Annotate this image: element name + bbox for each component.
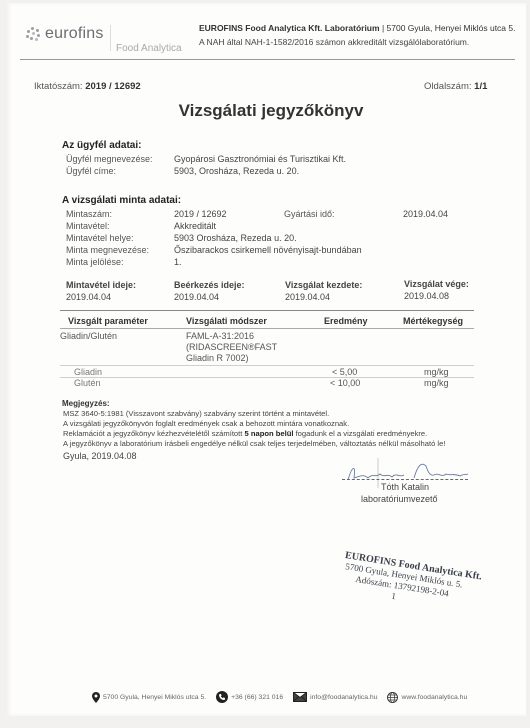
sample-marking-value: 1. <box>174 257 182 267</box>
sampling-value: Akkreditált <box>174 221 216 231</box>
client-address-value: 5903, Orosháza, Rezeda u. 20. <box>174 166 299 176</box>
table-header-rule <box>60 328 474 329</box>
footer-phone-text[interactable]: +36 (66) 321 016 <box>231 694 283 701</box>
signer-role: laboratóriumvezető <box>361 494 438 504</box>
note-complaint-before: Reklamációt a jegyzőkönyv kézhezvételétő… <box>63 429 245 438</box>
note-line-2: A vizsgálati jegyzőkönyvön foglalt eredm… <box>63 419 349 428</box>
production-time-label: Gyártási idő: <box>284 209 335 219</box>
lab-heading: EUROFINS Food Analytica Kft. Laboratóriu… <box>199 23 516 33</box>
col-header-parameter: Vizsgált paraméter <box>68 316 148 326</box>
test-end-label: Vizsgálat vége: <box>404 279 469 289</box>
page-value: 1/1 <box>474 81 487 92</box>
sampling-date-label: Mintavétel ideje: <box>66 280 136 290</box>
lab-address: | 5700 Gyula, Henyei Miklós utca 5. <box>382 23 516 33</box>
method-line-3: Gliadin R 7002) <box>186 353 249 363</box>
footer-contacts: 5700 Gyula, Henyei Miklós utca 5. +36 (6… <box>92 691 477 703</box>
note-complaint: Reklamációt a jegyzőkönyv kézhezvételétő… <box>63 429 427 438</box>
note-line-1: MSZ 3640-5:1981 (Visszavont szabvány) sz… <box>63 409 329 418</box>
table-top-rule <box>60 310 474 311</box>
accreditation-text: A NAH által NAH-1-1582/2016 számon akkre… <box>199 37 469 47</box>
page-label: Oldalszám: <box>424 81 472 92</box>
sampling-place-label: Mintavétel helye: <box>66 233 134 243</box>
sample-number-value: 2019 / 12692 <box>174 209 227 219</box>
client-name-value: Gyopárosi Gasztronómiai és Turisztikai K… <box>174 154 346 164</box>
sample-name-label: Minta megnevezése: <box>66 245 149 255</box>
registry-number: Iktatószám: 2019 / 12692 <box>34 81 141 92</box>
arrival-date-label: Beérkezés ideje: <box>174 280 245 290</box>
footer-email-text[interactable]: info@foodanalytica.hu <box>310 694 377 701</box>
sampling-label: Mintavétel: <box>66 221 110 231</box>
row-gluten-unit: mg/kg <box>424 378 449 388</box>
company-stamp: EUROFINS Food Analytica Kft. 5700 Gyula,… <box>339 550 483 615</box>
footer-email: info@foodanalytica.hu <box>293 692 377 702</box>
footer-phone: +36 (66) 321 016 <box>216 691 283 703</box>
sample-section-title: A vizsgálati minta adatai: <box>62 195 181 206</box>
envelope-icon <box>293 692 307 702</box>
client-address-label: Ügyfél címe: <box>66 166 116 176</box>
notes-title: Megjegyzés: <box>62 399 110 408</box>
test-start-value: 2019.04.04 <box>285 292 330 302</box>
lab-name: EUROFINS Food Analytica Kft. Laboratóriu… <box>199 23 380 33</box>
signer-name: Tóth Katalin <box>381 482 429 492</box>
sampling-date-value: 2019.04.04 <box>66 292 111 302</box>
row-divider <box>60 377 474 378</box>
footer-website: www.foodanalytica.hu <box>387 692 467 703</box>
method-line-2: (RIDASCREEN®FAST <box>186 342 277 352</box>
map-pin-icon <box>92 692 100 703</box>
row-gluten-result: < 10,00 <box>330 378 360 388</box>
note-complaint-after: fogadunk el a vizsgálati eredményekre. <box>293 429 427 438</box>
col-header-method: Vizsgálati módszer <box>186 316 267 326</box>
row-gliadin-result: < 5,00 <box>332 367 357 377</box>
document-page: eurofins Food Analytica EUROFINS Food An… <box>6 3 526 716</box>
signature-line <box>342 479 468 480</box>
col-header-unit: Mértékegység <box>403 316 463 326</box>
eurofins-logo: eurofins <box>26 25 104 43</box>
logo-text: eurofins <box>45 25 104 43</box>
test-start-label: Vizsgálat kezdete: <box>285 280 362 290</box>
production-time-value: 2019.04.04 <box>403 209 448 219</box>
client-section-title: Az ügyfél adatai: <box>62 140 141 151</box>
row-divider <box>60 365 474 366</box>
page-number: Oldalszám: 1/1 <box>424 81 487 92</box>
test-end-value: 2019.04.08 <box>404 291 449 301</box>
logo-subtitle: Food Analytica <box>116 43 182 54</box>
place-date: Gyula, 2019.04.08 <box>63 451 137 461</box>
row-gluten-parameter: Glutén <box>74 378 101 388</box>
document-title: Vizsgálati jegyzőkönyv <box>6 101 530 121</box>
registry-label: Iktatószám: <box>34 81 83 92</box>
client-name-label: Ügyfél megnevezése: <box>66 154 153 164</box>
eurofins-dots-icon <box>26 27 40 41</box>
header-divider <box>20 59 515 60</box>
phone-icon <box>216 691 228 703</box>
method-line-1: FAML-A-31:2016 <box>186 331 254 341</box>
note-copy: A jegyzőkönyv a laboratórium írásbeli en… <box>63 439 445 448</box>
logo-divider <box>110 25 111 51</box>
sample-marking-label: Minta jelölése: <box>66 257 124 267</box>
sample-number-label: Mintaszám: <box>66 209 112 219</box>
sample-name-value: Őszibarackos csirkemell növényisajt-bund… <box>174 245 362 255</box>
col-header-result: Eredmény <box>324 316 368 326</box>
sampling-place-value: 5903 Orosháza, Rezeda u. 20. <box>174 233 297 243</box>
footer-address-text: 5700 Gyula, Henyei Miklós utca 5. <box>103 694 206 701</box>
footer-address: 5700 Gyula, Henyei Miklós utca 5. <box>92 692 206 703</box>
footer-website-text[interactable]: www.foodanalytica.hu <box>401 694 467 701</box>
row-gliadin-parameter: Gliadin <box>74 367 102 377</box>
note-complaint-deadline: 5 napon belül <box>245 429 294 438</box>
registry-value: 2019 / 12692 <box>85 81 140 92</box>
row-gliadin-unit: mg/kg <box>424 367 449 377</box>
group-parameter: Gliadin/Glutén <box>60 331 117 341</box>
arrival-date-value: 2019.04.04 <box>174 292 219 302</box>
globe-icon <box>387 692 398 703</box>
